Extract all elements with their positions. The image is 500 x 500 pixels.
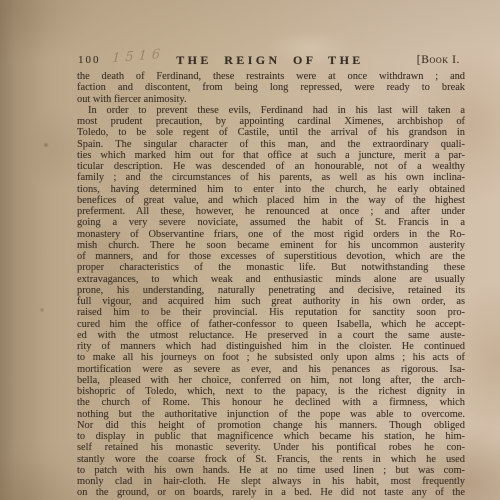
text-line: benefices of great value, and which plac…: [77, 195, 465, 206]
text-line: to display in public that magnificence w…: [77, 431, 465, 442]
page-text: the death of Ferdinand, these restraints…: [77, 71, 465, 499]
text-line: self retained his monastic severity. Und…: [77, 442, 465, 453]
text-line: stantly wore the coarse frock of St. Fra…: [77, 454, 465, 465]
text-line: ties which marked him out for that offic…: [77, 150, 465, 161]
text-line: monastery of Observantine friars, one of…: [77, 229, 465, 240]
text-line: ed with the utmost reluctance. He preser…: [77, 330, 465, 341]
book-page: 100 1516 THE REIGN OF THE [Book I. the d…: [0, 0, 500, 500]
text-line: faction and discontent, from being long …: [77, 82, 465, 93]
text-line: full vigour, and acquired him such great…: [77, 296, 465, 307]
text-line: going a very severe noviciate, assumed t…: [77, 217, 465, 228]
text-line: the death of Ferdinand, these restraints…: [77, 71, 465, 82]
pencil-annotation: 1516: [112, 47, 166, 67]
text-line: to patch with his own hands. He at no ti…: [77, 465, 465, 476]
text-line: monly clad in hair-cloth. He slept alway…: [77, 476, 465, 487]
text-line: cured him the office of father-confessor…: [77, 319, 465, 330]
text-line: preferment. All these, however, he renou…: [77, 206, 465, 217]
page-number: 100: [78, 54, 101, 66]
text-line: prone, his understanding, naturally pene…: [77, 285, 465, 296]
text-line: rity of manners which had distinguished …: [77, 341, 465, 352]
text-line: Spain. The singular character of this ma…: [77, 139, 465, 150]
text-line: of manners, and for those excesses of su…: [77, 251, 465, 262]
text-line: In order to prevent these evils, Ferdina…: [77, 105, 465, 116]
text-line: family ; and the circumstances of his pa…: [77, 172, 465, 183]
text-line: out with fiercer animosity.: [77, 94, 465, 105]
text-line: tions, having determined him to enter in…: [77, 184, 465, 195]
text-line: mish church. There he soon became eminen…: [77, 240, 465, 251]
text-line: Toledo, to be sole regent of Castile, un…: [77, 127, 465, 138]
text-line: the church of Rome. This honour he decli…: [77, 397, 465, 408]
text-line: extravagances, to which weak and enthusi…: [77, 274, 465, 285]
text-line: proper characteristics of the monastic l…: [77, 262, 465, 273]
text-line: mortification were as severe as ever, an…: [77, 364, 465, 375]
book-label: [Book I.: [417, 54, 460, 66]
text-line: nothing but the authoritative injunction…: [77, 409, 465, 420]
text-line: bishopric of Toledo, which, next to the …: [77, 386, 465, 397]
text-line: Nor did this height of promotion change …: [77, 420, 465, 431]
text-line: raised him to be their provincial. His r…: [77, 307, 465, 318]
text-line: most prudent precaution, by appointing c…: [77, 116, 465, 127]
running-title: THE REIGN OF THE: [176, 53, 363, 68]
text-line: ticular description. He was descended of…: [77, 161, 465, 172]
text-line: bella, pleased with her choice, conferre…: [77, 375, 465, 386]
text-line: to make all his journeys on foot ; he su…: [77, 352, 465, 363]
text-line: on the ground, or on boards, rarely in a…: [77, 487, 465, 498]
